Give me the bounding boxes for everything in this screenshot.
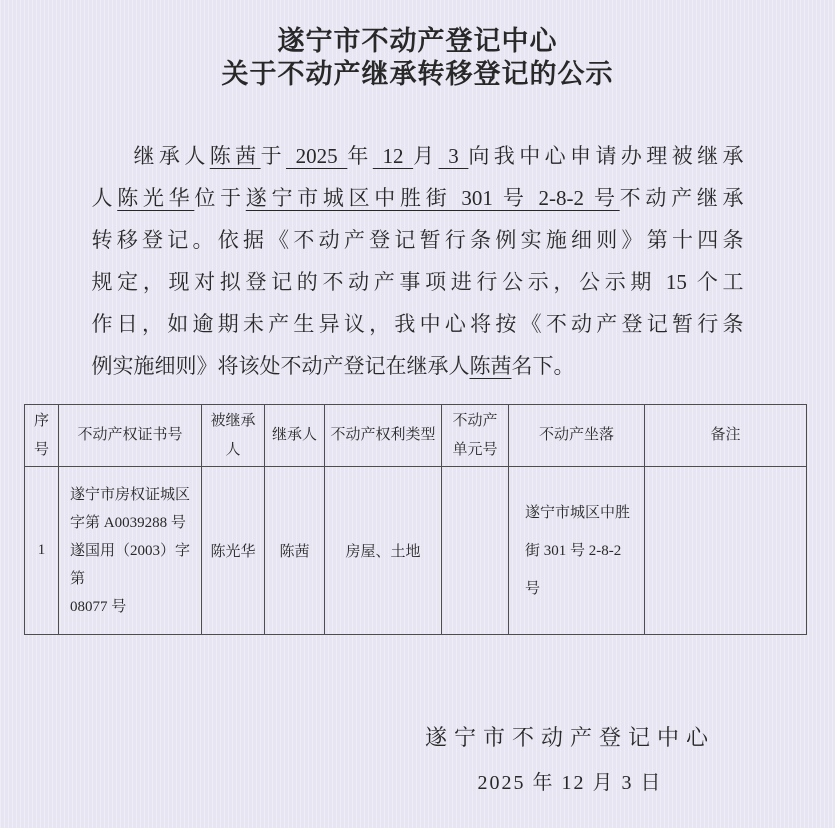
heir-name-underlined: 陈茜 [210,144,261,168]
certificate-line: 遂国用（2003）字第 [70,537,196,593]
text-run: 作日，如逾期未产生异议，我中心将按《不动产登记暂行条 [92,312,744,336]
signature-inner: 遂宁市不动产登记中心 2025 年 12 月 3 日 [425,723,715,795]
certificate-line: 08077 号 [70,593,196,621]
month-underlined: 12 [373,144,413,168]
text-run: 月 [413,144,438,168]
issuing-organization: 遂宁市不动产登记中心 [425,723,715,753]
notice-paragraph: 继承人陈茜于 2025 年 12 月 3 向我中心申请办理被继承 人陈光华位于遂… [92,135,744,387]
heir-name-underlined: 陈茜 [470,354,512,378]
year-underlined: 2025 [286,144,347,168]
text-run: 继承人 [134,144,210,168]
property-address-underlined: 遂宁市城区中胜街 301 号 2-8-2 号 [246,186,620,210]
cell-unit-no [442,467,509,635]
cell-right-type: 房屋、土地 [325,467,442,635]
certificate-line: 遂宁市房权证城区 [70,481,196,509]
text-run: 人 [92,186,118,210]
table-header-row: 序号 不动产权证书号 被继承人 继承人 不动产权利类型 不动产单元号 不动产坐落… [25,405,807,467]
registration-table: 序号 不动产权证书号 被继承人 继承人 不动产权利类型 不动产单元号 不动产坐落… [24,404,807,635]
cell-decedent: 陈光华 [202,467,265,635]
certificate-line: 字第 A0039288 号 [70,509,196,537]
signature-block: 遂宁市不动产登记中心 2025 年 12 月 3 日 [0,723,835,795]
text-run: 位于 [194,186,245,210]
table-row: 1 遂宁市房权证城区 字第 A0039288 号 遂国用（2003）字第 080… [25,467,807,635]
cell-certificate-number: 遂宁市房权证城区 字第 A0039288 号 遂国用（2003）字第 08077… [59,467,202,635]
notice-line-5: 作日，如逾期未产生异议，我中心将按《不动产登记暂行条 [92,303,744,345]
notice-line-2: 人陈光华位于遂宁市城区中胜街 301 号 2-8-2 号不动产继承 [92,177,744,219]
column-header-remark: 备注 [645,405,807,467]
text-run: 向我中心申请办理被继承 [468,144,743,168]
location-line: 遂宁市城区中胜 [525,494,639,532]
cell-heir: 陈茜 [265,467,325,635]
text-run: 规定，现对拟登记的不动产事项进行公示，公示期 15 个工 [92,270,744,294]
text-run: 转移登记。依据《不动产登记暂行条例实施细则》第十四条 [92,228,744,252]
cell-remark [645,467,807,635]
title-line-2: 关于不动产继承转移登记的公示 [0,58,835,91]
notice-line-6: 例实施细则》将该处不动产登记在继承人陈茜名下。 [92,345,744,387]
column-header-location: 不动产坐落 [509,405,645,467]
document-title: 遂宁市不动产登记中心 关于不动产继承转移登记的公示 [0,0,835,91]
cell-location: 遂宁市城区中胜 街 301 号 2-8-2 号 [509,467,645,635]
column-header-certificate: 不动产权证书号 [59,405,202,467]
text-run: 例实施细则》将该处不动产登记在继承人 [92,354,470,378]
decedent-name-underlined: 陈光华 [117,186,194,210]
column-header-unit-no: 不动产单元号 [442,405,509,467]
text-run: 名下。 [512,354,575,378]
issue-date: 2025 年 12 月 3 日 [425,766,715,795]
column-header-right-type: 不动产权利类型 [325,405,442,467]
cell-seq: 1 [25,467,59,635]
column-header-decedent: 被继承人 [202,405,265,467]
day-underlined: 3 [439,144,469,168]
document-page: 遂宁市不动产登记中心 关于不动产继承转移登记的公示 继承人陈茜于 2025 年 … [0,0,835,828]
notice-line-4: 规定，现对拟登记的不动产事项进行公示，公示期 15 个工 [92,261,744,303]
text-run: 年 [347,144,372,168]
title-line-1: 遂宁市不动产登记中心 [0,25,835,58]
text-run: 于 [261,144,286,168]
notice-line-1: 继承人陈茜于 2025 年 12 月 3 向我中心申请办理被继承 [92,135,744,177]
notice-line-3: 转移登记。依据《不动产登记暂行条例实施细则》第十四条 [92,219,744,261]
column-header-heir: 继承人 [265,405,325,467]
location-line: 街 301 号 2-8-2 号 [525,532,639,608]
column-header-seq: 序号 [25,405,59,467]
text-run: 不动产继承 [620,186,744,210]
